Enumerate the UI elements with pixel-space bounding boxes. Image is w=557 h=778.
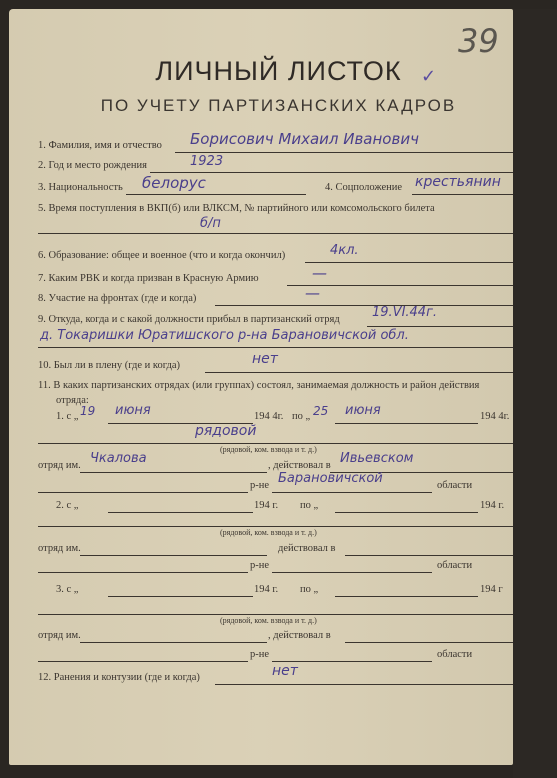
underline	[335, 423, 478, 424]
unit2-region-label: области	[437, 560, 472, 571]
unit1-unit-name: Чкалова	[90, 451, 147, 466]
unit1-district-label: р-не	[250, 480, 269, 491]
label-captivity: 10. Был ли в плену (где и когда)	[38, 360, 180, 371]
label-wounds: 12. Ранения и контузии (где и когда)	[38, 672, 200, 683]
label-fronts: 8. Участие на фронтах (где и когда)	[38, 293, 196, 304]
unit2-position-hint: (рядовой, ком. взвода и т. д.)	[220, 528, 317, 537]
unit2-district-label: р-не	[250, 560, 269, 571]
value-birth: 1923	[190, 154, 223, 169]
value-party: б/п	[200, 216, 221, 231]
unit1-from-day: 19	[80, 404, 95, 418]
background-edge	[513, 9, 557, 778]
unit3-from-year: 194 г.	[254, 584, 278, 595]
unit1-to-year: 194 4г.	[480, 411, 509, 422]
underline	[345, 555, 513, 556]
unit1-position: рядовой	[195, 423, 256, 439]
unit1-position-hint: (рядовой, ком. взвода и т. д.)	[220, 445, 317, 454]
label-nationality: 3. Национальность	[38, 182, 123, 193]
underline	[272, 572, 432, 573]
underline	[38, 614, 513, 615]
value-education: 4кл.	[330, 243, 359, 258]
unit3-region-label: области	[437, 649, 472, 660]
underline	[108, 512, 253, 513]
label-social: 4. Соцположение	[325, 182, 402, 193]
label-name: 1. Фамилия, имя и отчество	[38, 140, 162, 151]
label-party: 5. Время поступления в ВКП(б) или ВЛКСМ,…	[38, 203, 435, 214]
value-social: крестьянин	[415, 174, 501, 190]
unit1-unit-label: отряд им.	[38, 460, 81, 471]
unit1-to-month: июня	[345, 403, 381, 418]
underline	[205, 372, 513, 373]
underline	[272, 492, 432, 493]
value-arrival-place: д. Токаришки Юратишского р-на Барановичс…	[40, 328, 409, 343]
value-arrival-date: 19.VI.44г.	[372, 305, 437, 320]
unit1-from-month: июня	[115, 403, 151, 418]
unit1-to-label: по „	[292, 411, 310, 422]
underline	[150, 172, 513, 173]
archive-number: 39	[458, 22, 499, 60]
unit2-unit-label: отряд им.	[38, 543, 81, 554]
underline	[305, 262, 513, 263]
unit3-from-label: 3. с „	[56, 584, 78, 595]
underline	[108, 596, 253, 597]
underline	[272, 661, 432, 662]
unit2-to-year: 194 г.	[480, 500, 504, 511]
unit3-to-label: по „	[300, 584, 318, 595]
value-wounds: нет	[272, 663, 298, 679]
value-fronts: —	[305, 284, 320, 302]
unit3-unit-label: отряд им.	[38, 630, 81, 641]
underline	[367, 326, 513, 327]
underline	[345, 642, 513, 643]
unit3-district-label: р-не	[250, 649, 269, 660]
value-name: Борисович Михаил Иванович	[190, 130, 419, 148]
unit3-to-year: 194 г	[480, 584, 503, 595]
document-subtitle: ПО УЧЕТУ ПАРТИЗАНСКИХ КАДРОВ	[0, 96, 557, 116]
label-conscription: 7. Каким РВК и когда призван в Красную А…	[38, 273, 259, 284]
unit3-acted-label: , действовал в	[268, 630, 331, 641]
unit1-from-label: 1. с „	[56, 411, 78, 422]
unit1-acted-in: Ивьевском	[340, 451, 413, 466]
underline	[215, 305, 513, 306]
underline	[335, 512, 478, 513]
unit1-region: Барановичской	[278, 471, 383, 486]
underline	[80, 555, 267, 556]
unit1-to-day: 25	[313, 404, 328, 418]
value-captivity: нет	[252, 351, 278, 367]
underline	[287, 285, 513, 286]
unit1-region-label: области	[437, 480, 472, 491]
label-education: 6. Образование: общее и военное (что и к…	[38, 250, 285, 261]
underline	[80, 472, 267, 473]
underline	[412, 194, 513, 195]
label-arrival: 9. Откуда, когда и с какой должности при…	[38, 314, 340, 325]
underline	[38, 347, 513, 348]
label-birth: 2. Год и место рождения	[38, 160, 147, 171]
unit1-from-year: 194 4г.	[254, 411, 283, 422]
underline	[80, 642, 267, 643]
underline	[38, 526, 513, 527]
underline	[38, 492, 248, 493]
document-title: ЛИЧНЫЙ ЛИСТОК	[0, 56, 557, 87]
value-nationality: белорус	[142, 174, 206, 192]
value-conscription: —	[312, 264, 327, 282]
underline	[38, 661, 248, 662]
underline	[335, 596, 478, 597]
unit2-to-label: по „	[300, 500, 318, 511]
underline	[175, 152, 513, 153]
label-units: 11. В каких партизанских отрядах (или гр…	[38, 380, 479, 391]
unit2-acted-label: действовал в	[278, 543, 335, 554]
unit1-acted-label: , действовал в	[268, 460, 331, 471]
underline	[126, 194, 306, 195]
underline	[38, 443, 513, 444]
unit2-from-label: 2. с „	[56, 500, 78, 511]
underline	[38, 572, 248, 573]
unit2-from-year: 194 г.	[254, 500, 278, 511]
underline	[215, 684, 513, 685]
underline	[38, 233, 513, 234]
unit3-position-hint: (рядовой, ком. взвода и т. д.)	[220, 616, 317, 625]
